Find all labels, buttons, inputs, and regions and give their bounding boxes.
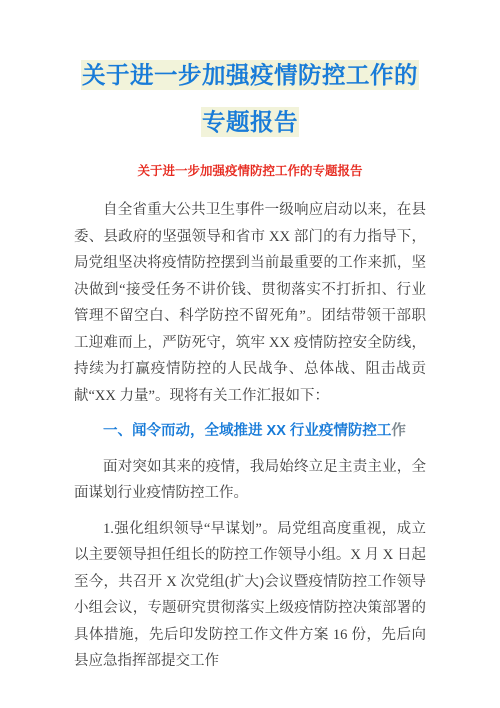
section-heading-1-tail: 作 — [391, 423, 406, 439]
document-page: 关于进一步加强疫情防控工作的专题报告 关于进一步加强疫情防控工作的专题报告 自全… — [0, 0, 500, 708]
document-title: 关于进一步加强疫情防控工作的专题报告 — [74, 52, 426, 146]
paragraph-overview: 面对突如其来的疫情，我局始终立足主责主业，全面谋划行业疫情防控工作。 — [74, 454, 426, 507]
section-heading-1: 一、闻令而动，全域推进 XX 行业疫情防控工作 — [74, 418, 426, 445]
paragraph-point-1: 1.强化组织领导“早谋划”。局党组高度重视，成立以主要领导担任组长的防控工作领导… — [74, 516, 426, 675]
section-heading-1-main: 一、闻令而动，全域推进 XX 行业疫情防控工 — [103, 423, 391, 439]
paragraph-intro: 自全省重大公共卫生事件一级响应启动以来，在县委、县政府的坚强领导和省市 XX 部… — [74, 197, 426, 409]
document-subtitle: 关于进一步加强疫情防控工作的专题报告 — [74, 164, 426, 179]
document-title-highlighted-text: 关于进一步加强疫情防控工作的专题报告 — [81, 60, 419, 137]
